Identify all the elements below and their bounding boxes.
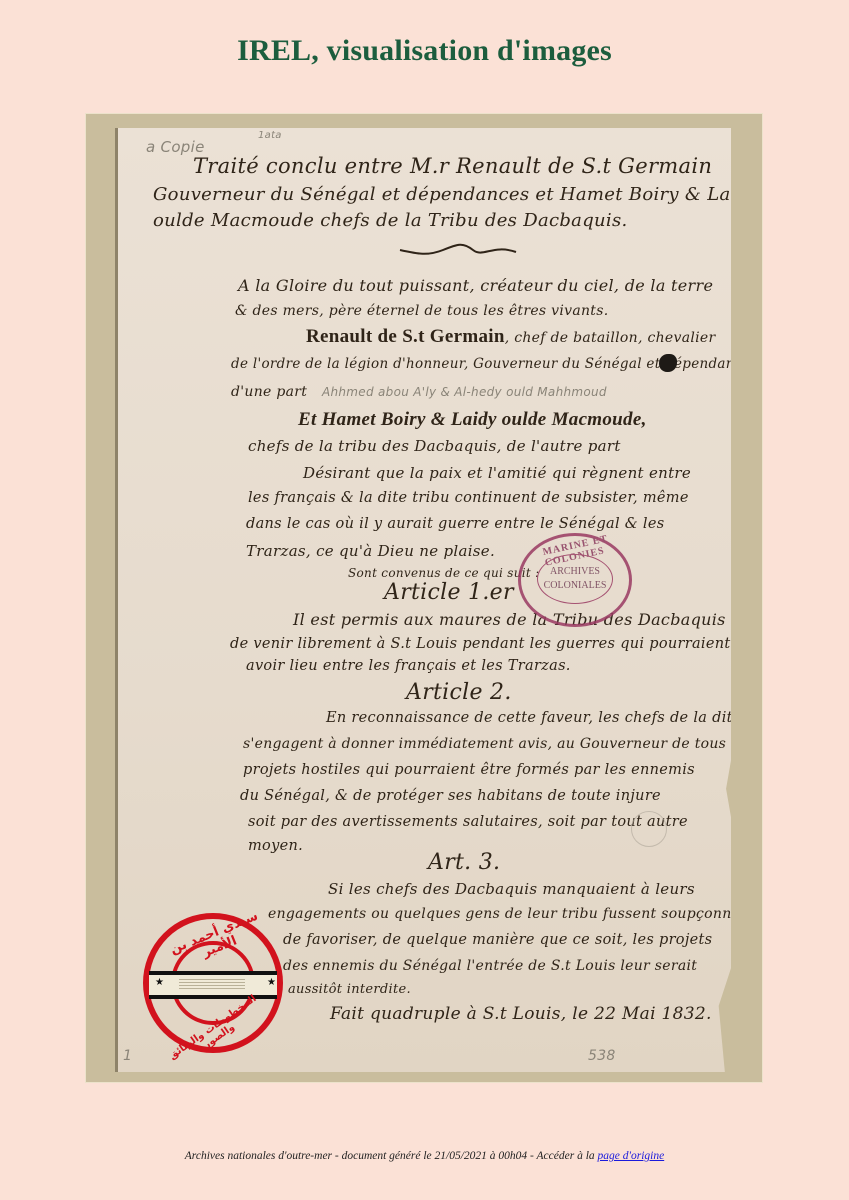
article-2-line-5: soit par des avertissements salutaires, … — [248, 814, 688, 830]
party-2-name: Et Hamet Boiry & Laidy oulde Macmoude, — [298, 409, 647, 431]
origin-page-link[interactable]: page d'origine — [598, 1150, 665, 1162]
article-1-line-1: Il est permis aux maures de la Tribu des… — [293, 610, 726, 629]
desire-line-5: Sont convenus de ce qui suit : — [348, 566, 540, 580]
red-library-stamp: سيدي أحمد بن الأمير ★ ★ المخطوطات والوثا… — [143, 913, 283, 1053]
footer: Archives nationales d'outre-mer - docume… — [0, 1150, 849, 1162]
footer-text: Archives nationales d'outre-mer - docume… — [185, 1150, 598, 1162]
article-2-line-3: projets hostiles qui pourraient être for… — [243, 762, 695, 778]
page-number: 1 — [123, 1048, 132, 1064]
desire-line-1: Désirant que la paix et l'amitié qui règ… — [303, 464, 691, 482]
party-1-side: d'une part — [231, 384, 307, 400]
article-2-line-2: s'engagent à donner immédiatement avis, … — [243, 736, 726, 752]
pencil-annotation-top: 1ata — [258, 130, 282, 141]
page-title: IREL, visualisation d'images — [0, 34, 849, 68]
article-3-line-1: Si les chefs des Dacbaquis manquaient à … — [328, 880, 695, 898]
desire-line-4: Trarzas, ce qu'à Dieu ne plaise. — [246, 542, 495, 560]
desire-line-3: dans le cas où il y aurait guerre entre … — [246, 516, 665, 532]
party-1-line-3: d'une part Ahhmed abou A'ly & Al-hedy ou… — [231, 384, 607, 400]
star-icon: ★ — [155, 977, 164, 988]
stamp-center-line-1: ARCHIVES — [538, 565, 612, 579]
party-1-title: , chef de bataillon, chevalier — [505, 330, 716, 346]
party-2-line: chefs de la tribu des Dacbaquis, de l'au… — [248, 437, 621, 455]
stamp-center: ARCHIVES COLONIALES — [537, 554, 613, 604]
party-1-line-2: de l'ordre de la légion d'honneur, Gouve… — [231, 356, 758, 372]
ink-blot — [659, 354, 677, 372]
folio-number: 538 — [588, 1048, 616, 1064]
party-1-line: Renault de S.t Germain, chef de bataillo… — [306, 326, 715, 348]
article-1-title: Article 1.er — [384, 580, 514, 605]
article-3-line-4: des ennemis du Sénégal l'entrée de S.t L… — [283, 958, 697, 974]
faint-round-stamp — [631, 811, 667, 847]
article-2-line-1: En reconnaissance de cette faveur, les c… — [326, 710, 784, 726]
treaty-heading-line-3: oulde Macmoude chefs de la Tribu des Dac… — [153, 210, 628, 231]
preamble-line-2: & des mers, père éternel de tous les êtr… — [235, 303, 608, 319]
treaty-heading-line-1: Traité conclu entre M.r Renault de S.t G… — [193, 154, 712, 178]
archives-coloniales-stamp: MARINE ET COLONIES ARCHIVES COLONIALES — [518, 533, 632, 627]
desire-line-2: les français & la dite tribu continuent … — [248, 490, 689, 506]
preamble-line-1: A la Gloire du tout puissant, créateur d… — [238, 276, 713, 295]
pencil-annotation-names: Ahhmed abou A'ly & Al-hedy ould Mahhmoud — [322, 385, 607, 399]
article-2-line-4: du Sénégal, & de protéger ses habitans d… — [240, 788, 661, 804]
article-3-line-2: engagements ou quelques gens de leur tri… — [268, 906, 748, 922]
article-1-line-2: de venir librement à S.t Louis pendant l… — [230, 636, 731, 652]
stamp-center-line-2: COLONIALES — [538, 579, 612, 593]
article-2-title: Article 2. — [406, 680, 512, 705]
treaty-heading-line-2: Gouverneur du Sénégal et dépendances et … — [153, 184, 759, 205]
party-1-name: Renault de S.t Germain — [306, 326, 505, 347]
flourish-divider-icon — [398, 240, 518, 258]
article-2-line-6: moyen. — [248, 838, 303, 854]
article-1-line-3: avoir lieu entre les français et les Tra… — [246, 658, 571, 674]
closing-line: Fait quadruple à S.t Louis, le 22 Mai 18… — [330, 1004, 712, 1024]
star-icon: ★ — [267, 977, 276, 988]
document-image-viewer: a Copie 1ata Traité conclu entre M.r Ren… — [85, 113, 763, 1083]
article-3-title: Art. 3. — [428, 850, 500, 875]
article-3-line-5: aussitôt interdite. — [288, 982, 411, 997]
article-3-line-3: de favoriser, de quelque manière que ce … — [283, 932, 712, 948]
manuscript-page: a Copie 1ata Traité conclu entre M.r Ren… — [115, 128, 731, 1072]
